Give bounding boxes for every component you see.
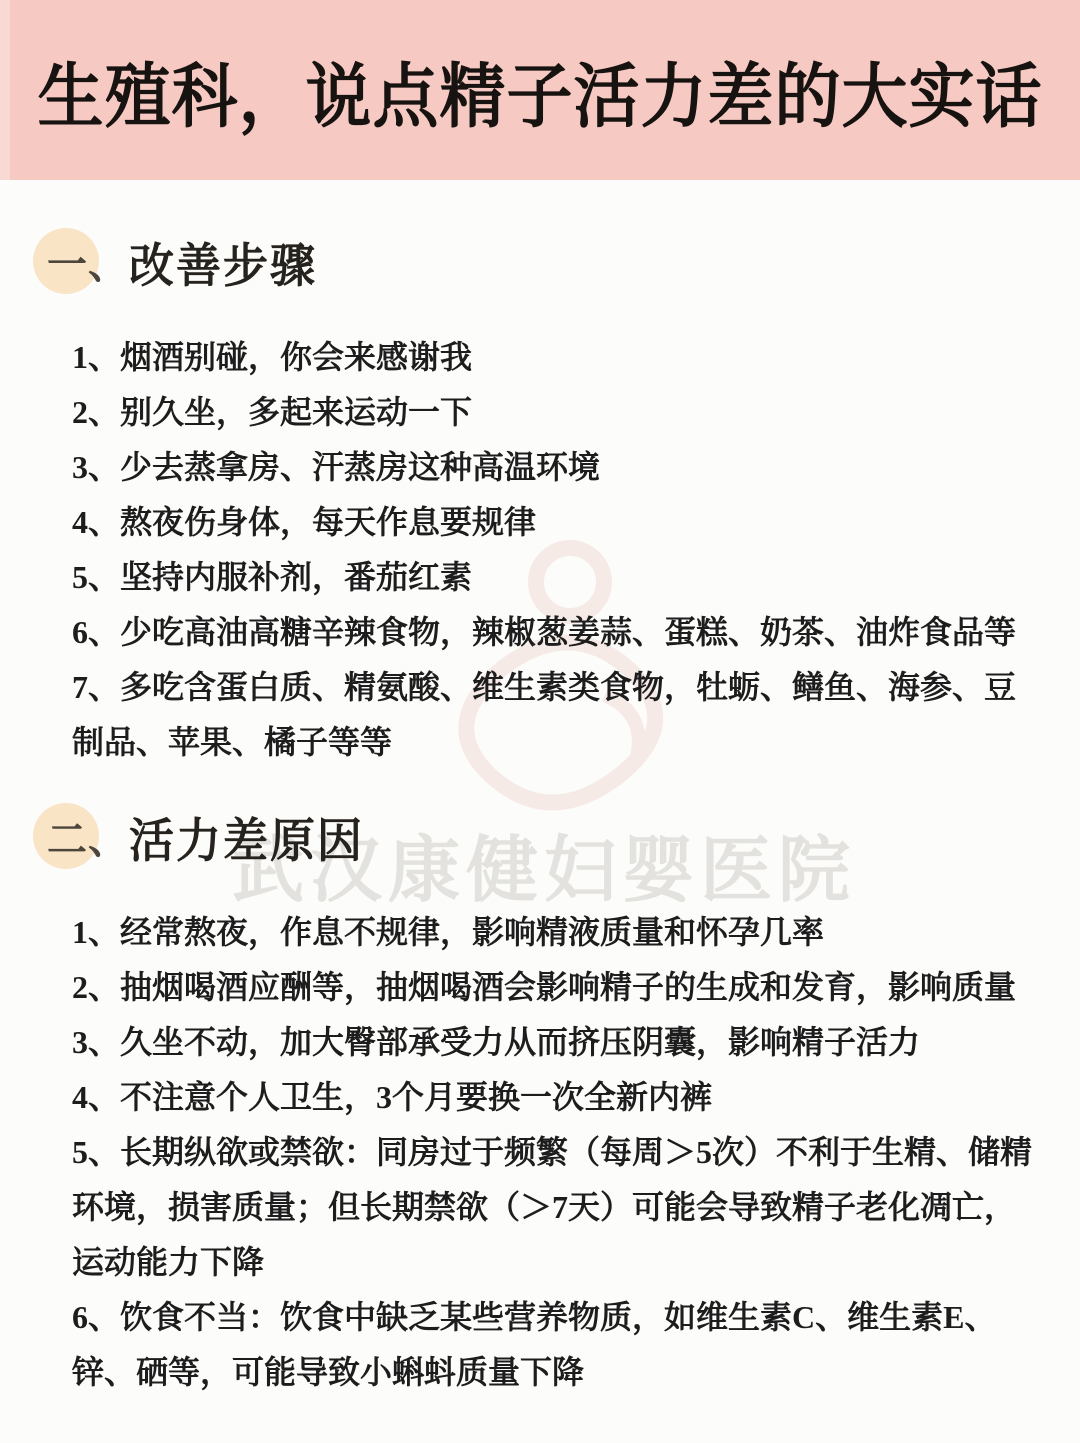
list-item: 5、坚持内服补剂，番茄红素 xyxy=(72,550,1038,605)
section-poor-vitality-reasons: 二、 活力差原因 1、经常熬夜，作息不规律，影响精液质量和怀孕几率2、抽烟喝酒应… xyxy=(0,801,1080,1400)
content: 一、 改善步骤 1、烟酒别碰，你会来感谢我2、别久坐，多起来运动一下3、少去蒸拿… xyxy=(0,226,1080,1400)
section-title: 活力差原因 xyxy=(129,802,364,870)
list-item: 2、抽烟喝酒应酬等，抽烟喝酒会影响精子的生成和发育，影响质量 xyxy=(72,960,1038,1015)
section-improvement-steps: 一、 改善步骤 1、烟酒别碰，你会来感谢我2、别久坐，多起来运动一下3、少去蒸拿… xyxy=(0,226,1080,770)
list-item: 5、长期纵欲或禁欲：同房过于频繁（每周＞5次）不利于生精、储精环境，损害质量；但… xyxy=(72,1125,1038,1290)
list-item: 6、饮食不当：饮食中缺乏某些营养物质，如维生素C、维生素E、锌、硒等，可能导致小… xyxy=(72,1290,1038,1400)
list-item: 4、不注意个人卫生，3个月要换一次全新内裤 xyxy=(72,1070,1038,1125)
section-heading: 一、 改善步骤 xyxy=(32,226,1080,296)
list-item: 1、经常熬夜，作息不规律，影响精液质量和怀孕几率 xyxy=(72,905,1038,960)
header-banner: 生殖科，说点精子活力差的大实话 xyxy=(0,0,1080,180)
list-item: 3、少去蒸拿房、汗蒸房这种高温环境 xyxy=(72,440,1038,495)
reasons-list: 1、经常熬夜，作息不规律，影响精液质量和怀孕几率2、抽烟喝酒应酬等，抽烟喝酒会影… xyxy=(72,905,1038,1400)
section-number: 一、 xyxy=(47,233,129,290)
list-item: 3、久坐不动，加大臀部承受力从而挤压阴囊，影响精子活力 xyxy=(72,1015,1038,1070)
improvement-list: 1、烟酒别碰，你会来感谢我2、别久坐，多起来运动一下3、少去蒸拿房、汗蒸房这种高… xyxy=(72,330,1038,770)
list-item: 6、少吃高油高糖辛辣食物，辣椒葱姜蒜、蛋糕、奶茶、油炸食品等 xyxy=(72,605,1038,660)
list-item: 4、熬夜伤身体，每天作息要规律 xyxy=(72,495,1038,550)
section-title: 改善步骤 xyxy=(129,227,317,295)
poster-page: 武汉康健妇婴医院 生殖科，说点精子活力差的大实话 一、 改善步骤 1、烟酒别碰，… xyxy=(0,0,1080,1443)
list-item: 1、烟酒别碰，你会来感谢我 xyxy=(72,330,1038,385)
section-heading: 二、 活力差原因 xyxy=(32,801,1080,871)
page-title: 生殖科，说点精子活力差的大实话 xyxy=(38,40,1043,141)
section-number: 二、 xyxy=(47,808,129,865)
list-item: 2、别久坐，多起来运动一下 xyxy=(72,385,1038,440)
list-item: 7、多吃含蛋白质、精氨酸、维生素类食物，牡蛎、鳝鱼、海参、豆制品、苹果、橘子等等 xyxy=(72,660,1038,770)
